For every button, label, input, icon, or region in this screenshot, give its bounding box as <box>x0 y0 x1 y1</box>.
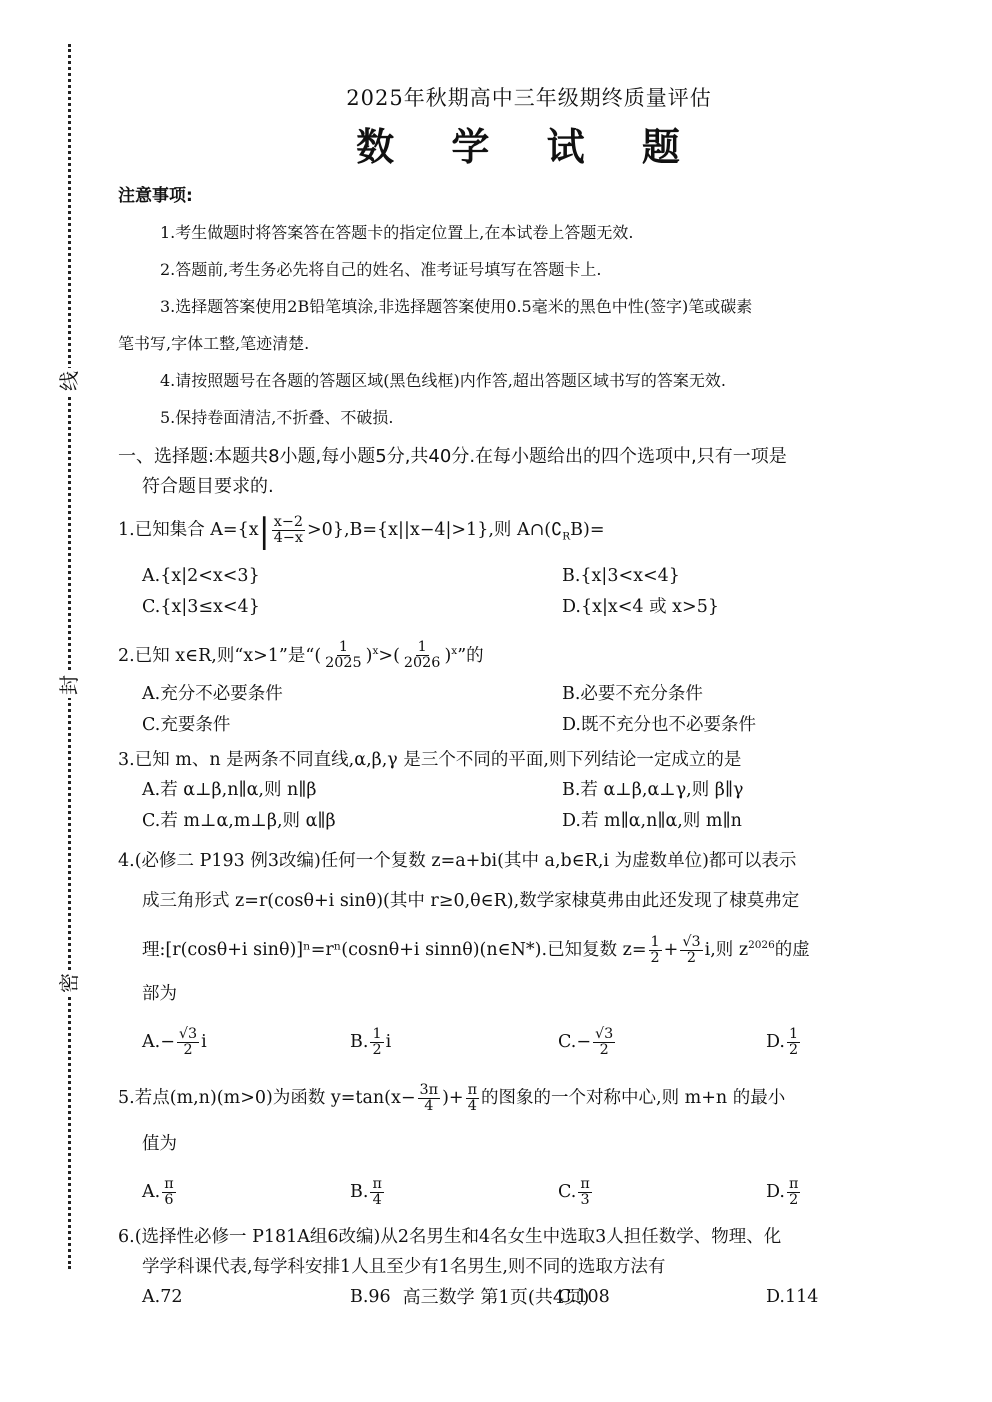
question-stem-line: 成三角形式 z=r(cosθ+i sinθ)(其中 r≥0,θ∈R),数学家棣莫… <box>118 881 940 921</box>
question-stem: 2.已知 x∈R,则“x>1”是“(12025)x>(12026)x”的 <box>118 627 940 680</box>
option-d: D.12 <box>766 1014 966 1070</box>
exam-subtitle: 2025年秋期高中三年级期终质量评估 <box>118 82 940 112</box>
question-stem-line: 值为 <box>118 1122 940 1166</box>
question-stem: 5.若点(m,n)(m>0)为函数 y=tan(x−3π4)+π4的图象的一个对… <box>118 1074 940 1122</box>
question-5: 5.若点(m,n)(m>0)为函数 y=tan(x−3π4)+π4的图象的一个对… <box>118 1074 940 1218</box>
options: A.{x|2<x<3} B.{x|3<x<4} C.{x|3≤x<4} D.{x… <box>118 561 940 623</box>
option-b: B.若 α⊥β,α⊥γ,则 β∥γ <box>562 775 962 806</box>
exam-page: 2025年秋期高中三年级期终质量评估 数 学 试 题 注意事项: 1.考生做题时… <box>118 82 940 1312</box>
binding-label-seal: 封 <box>56 672 82 698</box>
fraction: 12 <box>649 935 662 966</box>
notice-title: 注意事项: <box>118 181 940 206</box>
notice-item: 1.考生做题时将答案答在答题卡的指定位置上,在本试卷上答题无效. <box>118 214 940 251</box>
binding-label-secret: 密 <box>56 970 82 996</box>
options: A.充分不必要条件 B.必要不充分条件 C.充要条件 D.既不充分也不必要条件 <box>118 679 940 741</box>
option-d: D.{x|x<4 或 x>5} <box>562 592 962 623</box>
option-b: B.12i <box>350 1014 558 1070</box>
option-a: A.若 α⊥β,n∥α,则 n∥β <box>142 775 562 806</box>
options: A.−√32i B.12i C.−√32 D.12 <box>118 1014 940 1070</box>
option-d: D.既不充分也不必要条件 <box>562 710 962 741</box>
question-stem: 1.已知集合 A={x|x−24−x>0},B={x||x−4|>1},则 A∩… <box>118 506 940 561</box>
question-stem-line: 部为 <box>118 974 940 1014</box>
section-heading: 一、选择题:本题共8小题,每小题5分,共40分.在每小题给出的四个选项中,只有一… <box>118 442 940 502</box>
option-c: C.若 m⊥α,m⊥β,则 α∥β <box>142 806 562 837</box>
question-stem: 3.已知 m、n 是两条不同直线,α,β,γ 是三个不同的平面,则下列结论一定成… <box>118 745 940 775</box>
option-c: C.充要条件 <box>142 710 562 741</box>
option-c: C.π3 <box>558 1166 766 1218</box>
option-a: A.−√32i <box>142 1014 350 1070</box>
fraction: 12025 <box>323 640 364 671</box>
notice-item: 4.请按照题号在各题的答题区域(黑色线框)内作答,超出答题区域书写的答案无效. <box>118 362 940 399</box>
option-b: B.必要不充分条件 <box>562 679 962 710</box>
question-1: 1.已知集合 A={x|x−24−x>0},B={x||x−4|>1},则 A∩… <box>118 506 940 623</box>
options: A.若 α⊥β,n∥α,则 n∥β B.若 α⊥β,α⊥γ,则 β∥γ C.若 … <box>118 775 940 837</box>
option-a: A.充分不必要条件 <box>142 679 562 710</box>
notice-item-continuation: 笔书写,字体工整,笔迹清楚. <box>118 325 940 362</box>
option-a: A.π6 <box>142 1166 350 1218</box>
question-stem-line: 6.(选择性必修一 P181A组6改编)从2名男生和4名女生中选取3人担任数学、… <box>118 1222 940 1252</box>
fraction: π4 <box>466 1083 479 1114</box>
fraction: √32 <box>680 935 702 966</box>
section-heading-line: 符合题目要求的. <box>118 472 940 502</box>
option-d: D.若 m∥α,n∥α,则 m∥n <box>562 806 962 837</box>
fraction: x−24−x <box>272 515 305 546</box>
option-b: B.π4 <box>350 1166 558 1218</box>
question-2: 2.已知 x∈R,则“x>1”是“(12025)x>(12026)x”的 A.充… <box>118 627 940 742</box>
exam-title: 数 学 试 题 <box>118 116 940 171</box>
notice-item: 5.保持卷面清洁,不折叠、不破损. <box>118 399 940 436</box>
section-heading-line: 一、选择题:本题共8小题,每小题5分,共40分.在每小题给出的四个选项中,只有一… <box>118 442 940 472</box>
fraction: 12026 <box>402 640 443 671</box>
option-a: A.{x|2<x<3} <box>142 561 562 592</box>
question-stem-line: 学学科课代表,每学科安排1人且至少有1名男生,则不同的选取方法有 <box>118 1252 940 1282</box>
notice-item: 2.答题前,考生务必先将自己的姓名、准考证号填写在答题卡上. <box>118 251 940 288</box>
binding-label-line: 线 <box>56 368 82 394</box>
option-d: D.π2 <box>766 1166 966 1218</box>
binding-dotted-line <box>68 44 71 1269</box>
notice-list: 1.考生做题时将答案答在答题卡的指定位置上,在本试卷上答题无效. 2.答题前,考… <box>118 214 940 436</box>
question-stem-line: 4.(必修二 P193 例3改编)任何一个复数 z=a+bi(其中 a,b∈R,… <box>118 841 940 881</box>
question-stem-line: 理:[r(cosθ+i sinθ)]ⁿ=rⁿ(cosnθ+i sinnθ)(n∈… <box>118 921 940 974</box>
option-c: C.−√32 <box>558 1014 766 1070</box>
option-b: B.{x|3<x<4} <box>562 561 962 592</box>
question-4: 4.(必修二 P193 例3改编)任何一个复数 z=a+bi(其中 a,b∈R,… <box>118 841 940 1070</box>
notice-item: 3.选择题答案使用2B铅笔填涂,非选择题答案使用0.5毫米的黑色中性(签字)笔或… <box>118 288 940 325</box>
fraction: 3π4 <box>418 1083 441 1114</box>
question-3: 3.已知 m、n 是两条不同直线,α,β,γ 是三个不同的平面,则下列结论一定成… <box>118 745 940 837</box>
page-footer: 高三数学 第1页(共4页) <box>0 1283 992 1309</box>
option-c: C.{x|3≤x<4} <box>142 592 562 623</box>
options: A.π6 B.π4 C.π3 D.π2 <box>118 1166 940 1218</box>
